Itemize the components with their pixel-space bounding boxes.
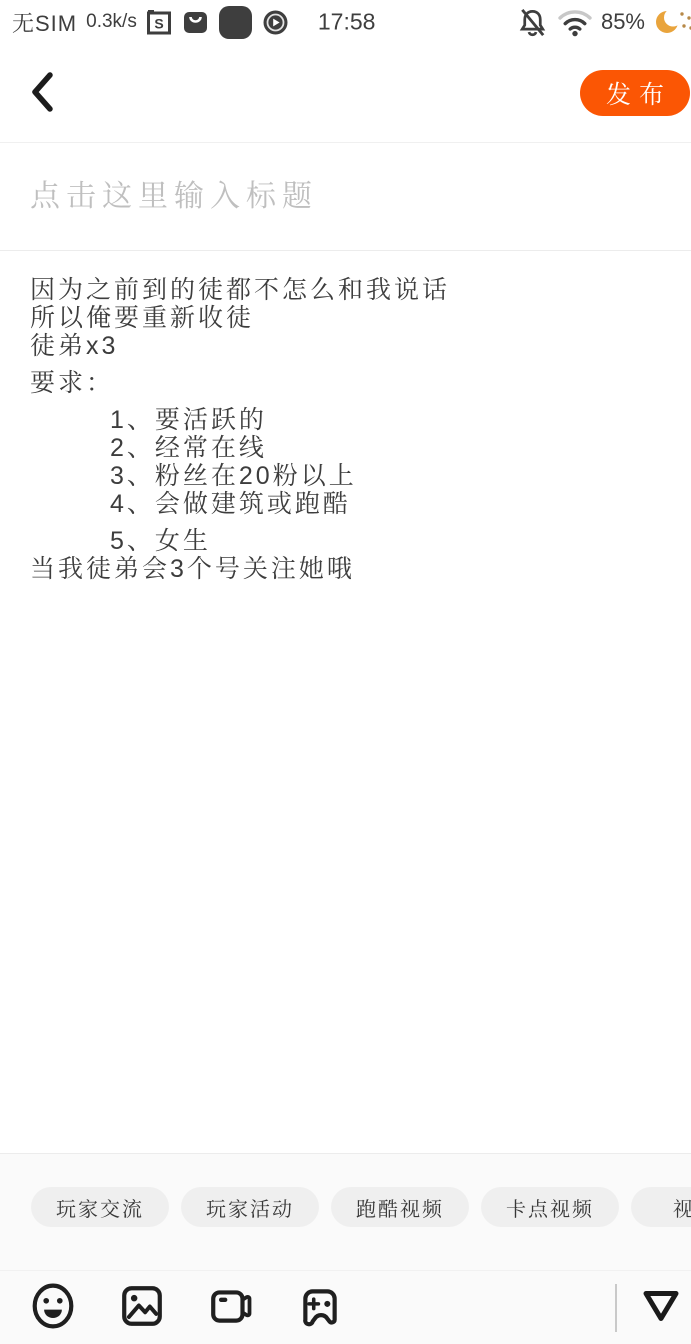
emoji-icon [30, 1283, 76, 1332]
status-bar: 无SIM 0.3k/s S [0, 0, 691, 44]
title-section [0, 143, 691, 251]
tag-suggestions-row: 玩家交流 玩家活动 跑酷视频 卡点视频 视频 [0, 1154, 691, 1227]
game-controller-icon [297, 1283, 343, 1332]
body-line: 要求： [30, 369, 663, 397]
back-button[interactable] [28, 71, 62, 115]
s-app-icon: S [146, 8, 173, 37]
clock-label: 17:58 [318, 9, 376, 36]
insert-game-button[interactable] [297, 1285, 343, 1331]
tag-chip-beat-sync-video[interactable]: 卡点视频 [481, 1187, 619, 1227]
composer-toolbar [0, 1270, 691, 1344]
body-line: 3、粉丝在20粉以上 [30, 462, 663, 490]
status-right-group: 85% [516, 0, 691, 44]
bottom-panel: 玩家交流 玩家活动 跑酷视频 卡点视频 视频 [0, 1153, 691, 1344]
nav-bar: 发布 [0, 44, 691, 143]
svg-text:S: S [154, 15, 163, 31]
body-line: 当我徒弟会3个号关注她哦 [30, 555, 663, 583]
collapse-keyboard-icon [639, 1288, 683, 1327]
play-app-icon [262, 9, 289, 36]
tag-chip-player-chat[interactable]: 玩家交流 [31, 1187, 169, 1227]
shop-bag-app-icon [182, 9, 209, 36]
insert-image-button[interactable] [119, 1285, 165, 1331]
image-icon [119, 1283, 165, 1332]
carrier-label: 无SIM [12, 7, 77, 38]
toolbar-divider [615, 1284, 617, 1332]
app-square-icon [218, 5, 253, 40]
body-line: 1、要活跃的 [30, 406, 663, 434]
collapse-keyboard-button[interactable] [638, 1288, 684, 1328]
body-line: 徒弟x3 [30, 332, 663, 360]
network-speed-label: 0.3k/s [86, 11, 137, 33]
body-line: 所以俺要重新收徒 [30, 304, 663, 332]
back-chevron-icon [28, 70, 56, 117]
body-line: 5、女生 [30, 527, 663, 555]
body-line: 因为之前到的徒都不怎么和我说话 [30, 276, 663, 304]
emoji-button[interactable] [30, 1285, 76, 1331]
body-line: 2、经常在线 [30, 434, 663, 462]
moon-stars-icon [653, 5, 691, 39]
status-left-group: 无SIM 0.3k/s S [12, 5, 289, 40]
insert-video-button[interactable] [208, 1285, 254, 1331]
app-screen: 无SIM 0.3k/s S [0, 0, 691, 1344]
publish-button[interactable]: 发布 [580, 70, 690, 116]
tag-chip-player-events[interactable]: 玩家活动 [181, 1187, 319, 1227]
tag-chip-video[interactable]: 视频 [631, 1187, 691, 1227]
wifi-icon [557, 8, 593, 37]
mute-bell-icon [516, 6, 549, 39]
video-icon [208, 1283, 254, 1332]
battery-percent-label: 85% [601, 9, 645, 35]
tag-chip-parkour-video[interactable]: 跑酷视频 [331, 1187, 469, 1227]
body-line: 4、会做建筑或跑酷 [30, 490, 663, 518]
title-input[interactable] [30, 180, 661, 214]
body-editor[interactable]: 因为之前到的徒都不怎么和我说话 所以俺要重新收徒 徒弟x3 要求： 1、要活跃的… [0, 251, 691, 583]
